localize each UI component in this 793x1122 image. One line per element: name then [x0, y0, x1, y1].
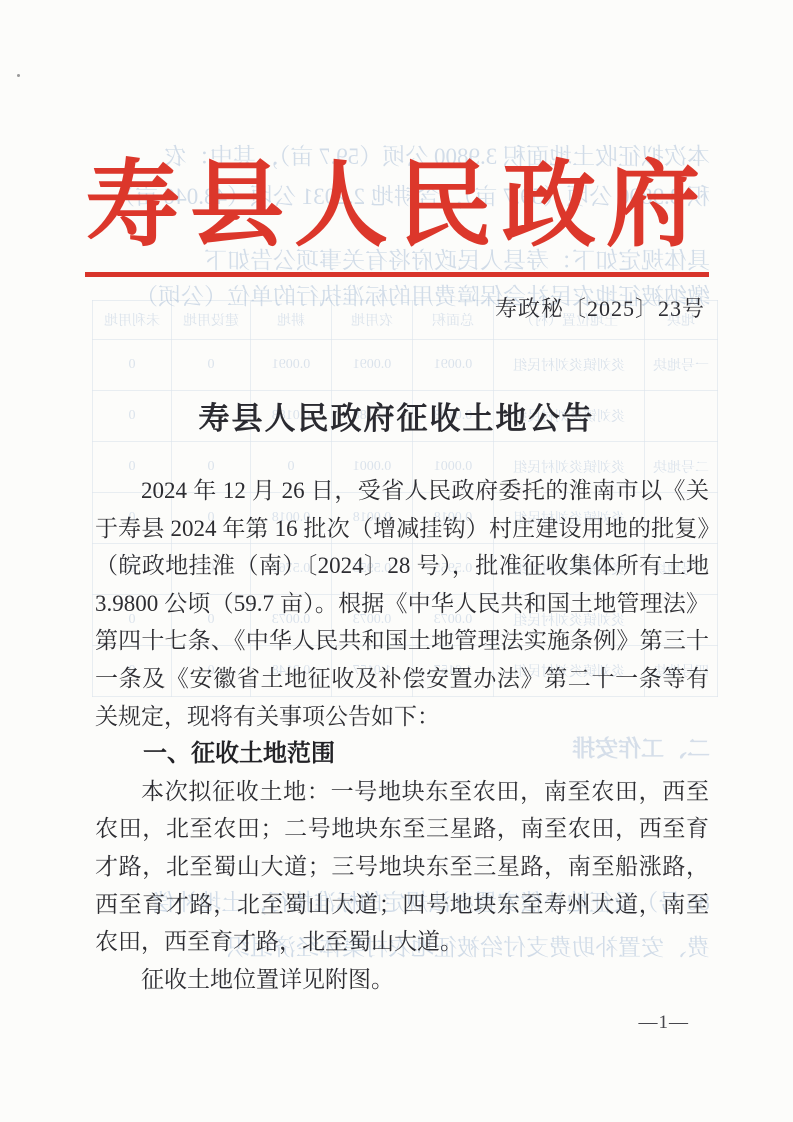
document-page: 本次拟征收土地面积 3.9800 公顷（59.7 亩），其中：农积 3.9800… [0, 0, 793, 1122]
page-number: —1— [639, 1012, 690, 1034]
bleedthrough-table-header: 总面积 [413, 301, 494, 340]
bleedthrough-table-header: 耕地 [251, 301, 332, 340]
masthead-title: 寿县人民政府 [86, 156, 726, 256]
document-body: 2024 年 12 月 26 日，受省人民政府委托的淮南市以《关于寿县 2024… [95, 472, 709, 998]
doc-number: 寿政秘〔2025〕23号 [495, 292, 705, 323]
bleedthrough-table-cell: 一号地块 [645, 340, 718, 391]
bleedthrough-table-cell: 炎刘镇炎刘村民组 [494, 340, 645, 391]
bleedthrough-table-cell: 0 [93, 340, 172, 391]
bleedthrough-table-header: 农用地 [332, 301, 413, 340]
bleedthrough-table-cell: 0.0091 [251, 340, 332, 391]
bleedthrough-table-cell: 0 [172, 340, 251, 391]
body-paragraph-2: 本次拟征收土地：一号地块东至农田，南至农田，西至农田，北至农田；二号地块东至三星… [95, 773, 709, 961]
bleedthrough-table-header: 未利用地 [93, 301, 172, 340]
body-paragraph-3: 征收土地位置详见附图。 [95, 961, 709, 999]
scan-speck [17, 74, 20, 77]
bleedthrough-table-cell: 0.0091 [413, 340, 494, 391]
bleedthrough-table-cell: 0.0091 [332, 340, 413, 391]
bleedthrough-table-header: 建设用地 [172, 301, 251, 340]
masthead-rule [85, 272, 709, 277]
section-heading-1: 一、征收土地范围 [95, 735, 709, 773]
body-paragraph-1: 2024 年 12 月 26 日，受省人民政府委托的淮南市以《关于寿县 2024… [95, 472, 709, 735]
page-title: 寿县人民政府征收土地公告 [0, 393, 793, 438]
